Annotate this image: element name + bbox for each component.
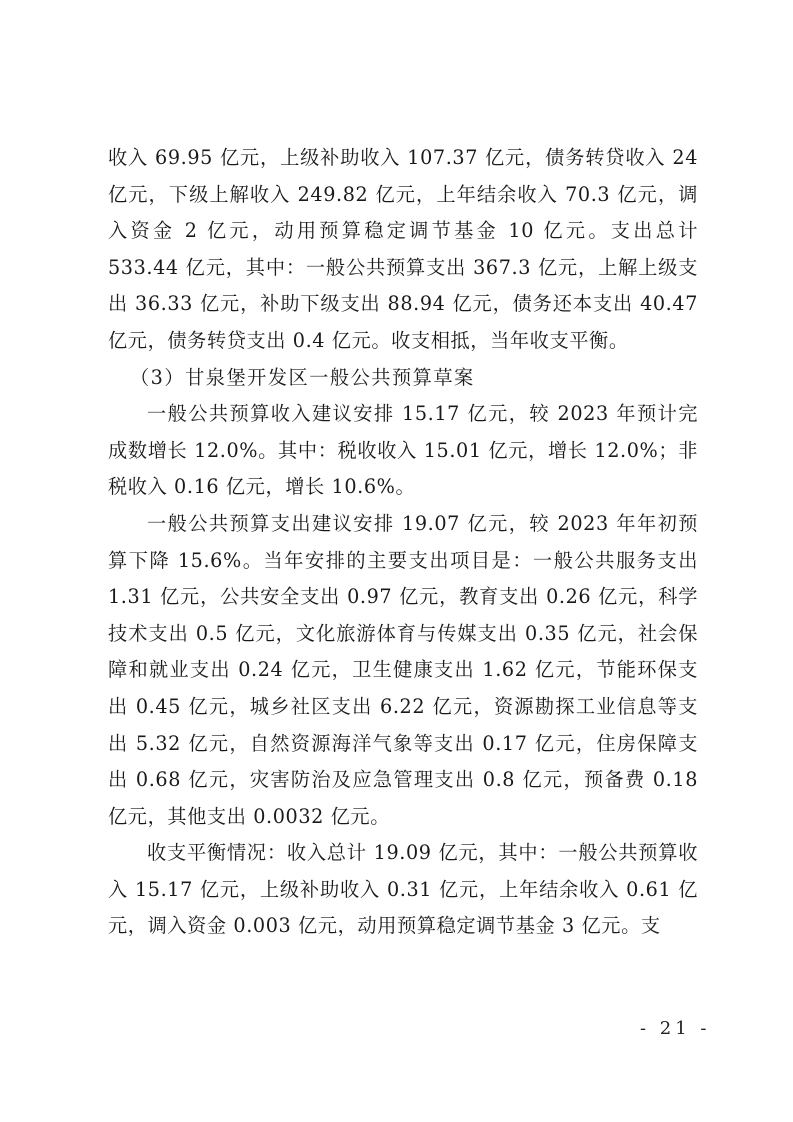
page-number: - 21 - [640,1018,711,1039]
section-heading-ganquanbao-budget: （3）甘泉堡开发区一般公共预算草案 [108,360,698,397]
paragraph-continued-summary: 收入 69.95 亿元，上级补助收入 107.37 亿元，债务转贷收入 24 亿… [108,140,698,360]
document-page-body: 收入 69.95 亿元，上级补助收入 107.37 亿元，债务转贷收入 24 亿… [108,140,698,945]
paragraph-revenue: 一般公共预算收入建议安排 15.17 亿元，较 2023 年预计完成数增长 12… [108,396,698,506]
paragraph-balance: 收支平衡情况：收入总计 19.09 亿元，其中：一般公共预算收入 15.17 亿… [108,835,698,945]
paragraph-expenditure: 一般公共预算支出建议安排 19.07 亿元，较 2023 年年初预算下降 15.… [108,506,698,835]
